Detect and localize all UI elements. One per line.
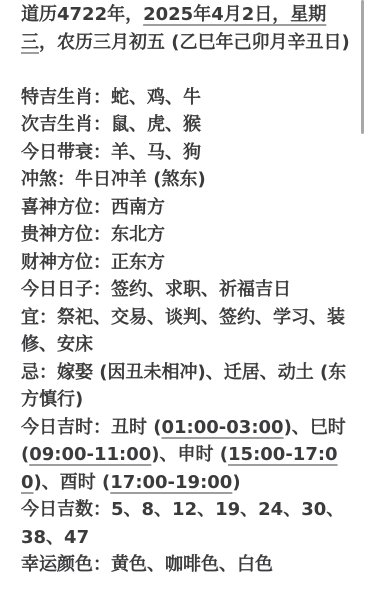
entry-joy-god-direction: 喜神方位：西南方	[21, 194, 352, 222]
hour-period-chou: 丑时	[111, 417, 147, 438]
entry-label: 忌：	[21, 362, 57, 383]
entry-value: 签约、求职、祈福吉日	[111, 279, 291, 300]
entry-label: 次吉生肖：	[21, 114, 111, 135]
entry-day-quality: 今日日子：签约、求职、祈福吉日	[21, 276, 352, 304]
entry-label: 冲煞：	[21, 169, 75, 190]
paren-open: (	[214, 444, 229, 465]
paren-close: )	[232, 472, 240, 493]
entry-wealth-god-direction: 财神方位：正东方	[21, 249, 352, 277]
entry-label: 宜：	[21, 307, 57, 328]
entry-label: 贵神方位：	[21, 224, 111, 245]
entry-value: 羊、马、狗	[111, 142, 201, 163]
entry-value: 嫁娶 (因丑未相冲)、迁居、动土 (东方慎行)	[21, 362, 346, 411]
entry-best-lucky-zodiac: 特吉生肖：蛇、鸡、牛	[21, 84, 352, 112]
entry-noble-god-direction: 贵神方位：东北方	[21, 221, 352, 249]
entry-value: 祭祀、交易、谈判、签约、学习、装修、安床	[21, 307, 345, 356]
paren-open: (	[96, 472, 111, 493]
entry-suitable: 宜：祭祀、交易、谈判、签约、学习、装修、安床	[21, 304, 352, 359]
entry-avoid: 忌：嫁娶 (因丑未相冲)、迁居、动土 (东方慎行)	[21, 359, 352, 414]
paren-close: )、	[151, 444, 177, 465]
paren-open: (	[21, 444, 29, 465]
entry-label: 喜神方位：	[21, 197, 111, 218]
entry-label: 今日日子：	[21, 279, 111, 300]
entry-value: 牛日冲羊 (煞东)	[75, 169, 206, 190]
paren-close: )、	[284, 417, 310, 438]
entry-value: 东北方	[111, 224, 165, 245]
lucky-numbers-line: 今日吉数：5、8、12、19、24、30、38、47	[21, 496, 352, 551]
entry-clash: 冲煞：牛日冲羊 (煞东)	[21, 166, 352, 194]
time-link-you[interactable]: 17:00-19:00	[110, 472, 232, 493]
lucky-hours-line: 今日吉时：丑时 (01:00-03:00)、巳时 (09:00-11:00)、申…	[21, 414, 352, 497]
hour-period-you: 酉时	[60, 472, 96, 493]
taoist-year-text: 道历4722年，	[21, 4, 143, 25]
entry-label: 特吉生肖：	[21, 87, 111, 108]
lucky-colors-line: 幸运颜色：黄色、咖啡色、白色	[21, 551, 352, 579]
lucky-numbers-label: 今日吉数：	[21, 499, 111, 520]
time-link-chou[interactable]: 01:00-03:00	[162, 417, 284, 438]
entry-unlucky-zodiac: 今日带衰：羊、马、狗	[21, 139, 352, 167]
entry-value: 正东方	[111, 252, 165, 273]
scrollbar-thumb[interactable]	[361, 0, 364, 134]
paren-open: (	[147, 417, 162, 438]
lucky-hours-label: 今日吉时：	[21, 417, 111, 438]
time-link-si[interactable]: 09:00-11:00	[29, 444, 151, 465]
lucky-colors-label: 幸运颜色：	[21, 554, 111, 575]
almanac-text-page: 道历4722年，2025年4月2日，星期三，农历三月初五 (乙巳年己卯月辛丑日)…	[0, 0, 366, 579]
date-header-line: 道历4722年，2025年4月2日，星期三，农历三月初五 (乙巳年己卯月辛丑日)	[21, 1, 352, 56]
entry-second-lucky-zodiac: 次吉生肖：鼠、虎、猴	[21, 111, 352, 139]
paren-close: )、	[34, 472, 60, 493]
hour-period-si: 巳时	[310, 417, 346, 438]
lunar-date-text: ，农历三月初五 (乙巳年己卯月辛丑日)	[39, 32, 350, 53]
entry-label: 今日带衰：	[21, 142, 111, 163]
entry-value: 西南方	[111, 197, 165, 218]
lucky-colors-value: 黄色、咖啡色、白色	[111, 554, 273, 575]
hour-period-shen: 申时	[178, 444, 214, 465]
entry-label: 财神方位：	[21, 252, 111, 273]
entry-value: 鼠、虎、猴	[111, 114, 201, 135]
entry-value: 蛇、鸡、牛	[111, 87, 201, 108]
